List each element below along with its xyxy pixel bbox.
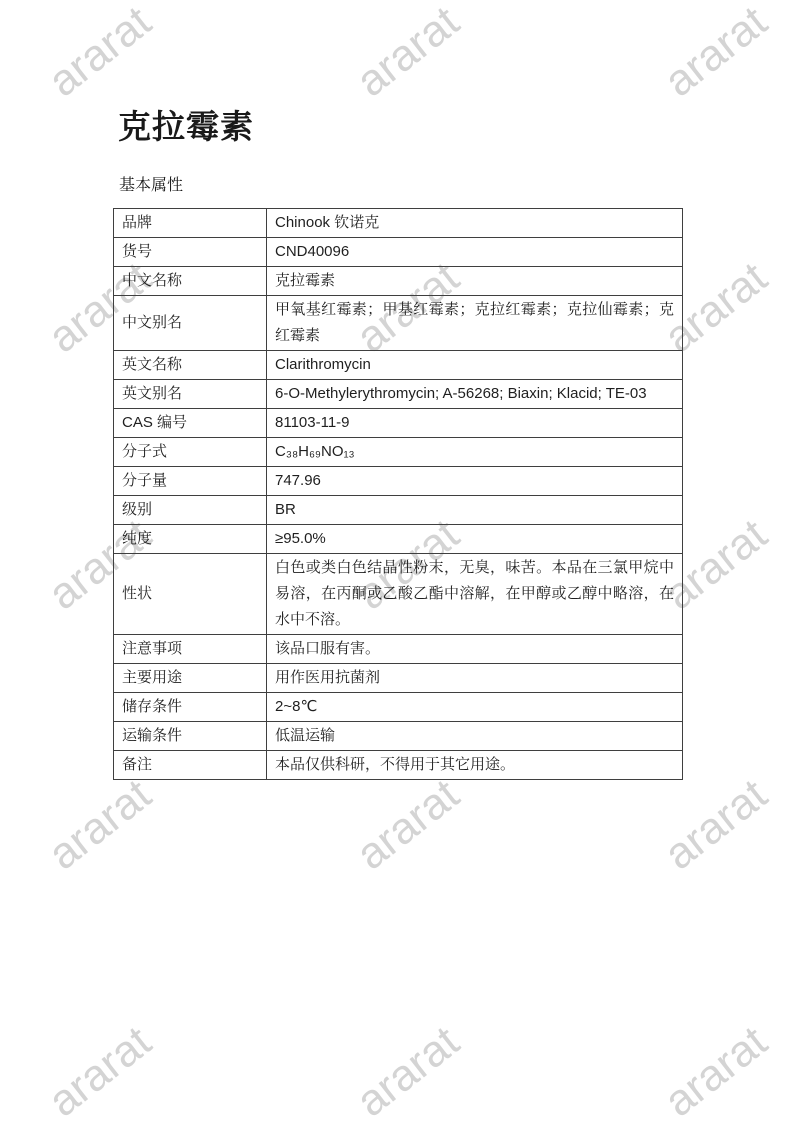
table-row: 性状白色或类白色结晶性粉末，无臭，味苦。本品在三氯甲烷中易溶，在丙酮或乙酸乙酯中… <box>114 554 683 635</box>
property-label: 纯度 <box>114 525 267 554</box>
property-value: ≥95.0% <box>267 525 683 554</box>
property-label: 英文别名 <box>114 380 267 409</box>
watermark-text: ararat <box>39 0 160 107</box>
property-value: 白色或类白色结晶性粉末，无臭，味苦。本品在三氯甲烷中易溶，在丙酮或乙酸乙酯中溶解… <box>267 554 683 635</box>
property-value: Chinook 钦诺克 <box>267 209 683 238</box>
property-value: 该品口服有害。 <box>267 635 683 664</box>
table-row: 品牌Chinook 钦诺克 <box>114 209 683 238</box>
table-row: CAS 编号81103-11-9 <box>114 409 683 438</box>
table-row: 注意事项该品口服有害。 <box>114 635 683 664</box>
table-row: 中文名称克拉霉素 <box>114 267 683 296</box>
property-value: C₃₈H₆₉NO₁₃ <box>267 438 683 467</box>
property-label: 英文名称 <box>114 351 267 380</box>
property-label: 运输条件 <box>114 722 267 751</box>
table-row: 分子式C₃₈H₆₉NO₁₃ <box>114 438 683 467</box>
table-row: 主要用途用作医用抗菌剂 <box>114 664 683 693</box>
property-value: 81103-11-9 <box>267 409 683 438</box>
watermark-text: ararat <box>655 770 776 880</box>
table-row: 货号CND40096 <box>114 238 683 267</box>
property-value: 用作医用抗菌剂 <box>267 664 683 693</box>
section-label: 基本属性 <box>119 172 183 195</box>
page-title: 克拉霉素 <box>118 101 254 148</box>
property-label: 货号 <box>114 238 267 267</box>
watermark-text: ararat <box>347 0 468 107</box>
property-value: 2~8℃ <box>267 693 683 722</box>
property-label: 注意事项 <box>114 635 267 664</box>
table-row: 级别BR <box>114 496 683 525</box>
watermark-text: ararat <box>655 1017 776 1122</box>
table-row: 英文别名6-O-Methylerythromycin; A-56268; Bia… <box>114 380 683 409</box>
property-value: Clarithromycin <box>267 351 683 380</box>
property-value: 甲氧基红霉素；甲基红霉素；克拉红霉素；克拉仙霉素；克红霉素 <box>267 296 683 351</box>
property-value: 6-O-Methylerythromycin; A-56268; Biaxin;… <box>267 380 683 409</box>
table-row: 运输条件低温运输 <box>114 722 683 751</box>
property-value: 747.96 <box>267 467 683 496</box>
table-row: 中文别名甲氧基红霉素；甲基红霉素；克拉红霉素；克拉仙霉素；克红霉素 <box>114 296 683 351</box>
property-label: 中文别名 <box>114 296 267 351</box>
property-label: 性状 <box>114 554 267 635</box>
property-label: 中文名称 <box>114 267 267 296</box>
table-row: 纯度≥95.0% <box>114 525 683 554</box>
property-label: 品牌 <box>114 209 267 238</box>
watermark-text: ararat <box>347 770 468 880</box>
property-value: 本品仅供科研，不得用于其它用途。 <box>267 751 683 780</box>
properties-table: 品牌Chinook 钦诺克货号CND40096中文名称克拉霉素中文别名甲氧基红霉… <box>113 208 683 780</box>
table-row: 分子量747.96 <box>114 467 683 496</box>
table-row: 英文名称Clarithromycin <box>114 351 683 380</box>
property-label: 储存条件 <box>114 693 267 722</box>
watermark-text: ararat <box>655 0 776 107</box>
table-row: 储存条件2~8℃ <box>114 693 683 722</box>
property-value: CND40096 <box>267 238 683 267</box>
property-label: 分子量 <box>114 467 267 496</box>
property-label: 主要用途 <box>114 664 267 693</box>
watermark-text: ararat <box>39 770 160 880</box>
property-value: 克拉霉素 <box>267 267 683 296</box>
property-value: BR <box>267 496 683 525</box>
watermark-text: ararat <box>347 1017 468 1122</box>
property-label: CAS 编号 <box>114 409 267 438</box>
property-label: 备注 <box>114 751 267 780</box>
property-value: 低温运输 <box>267 722 683 751</box>
property-label: 级别 <box>114 496 267 525</box>
properties-table-body: 品牌Chinook 钦诺克货号CND40096中文名称克拉霉素中文别名甲氧基红霉… <box>114 209 683 780</box>
table-row: 备注本品仅供科研，不得用于其它用途。 <box>114 751 683 780</box>
property-label: 分子式 <box>114 438 267 467</box>
watermark-text: ararat <box>39 1017 160 1122</box>
